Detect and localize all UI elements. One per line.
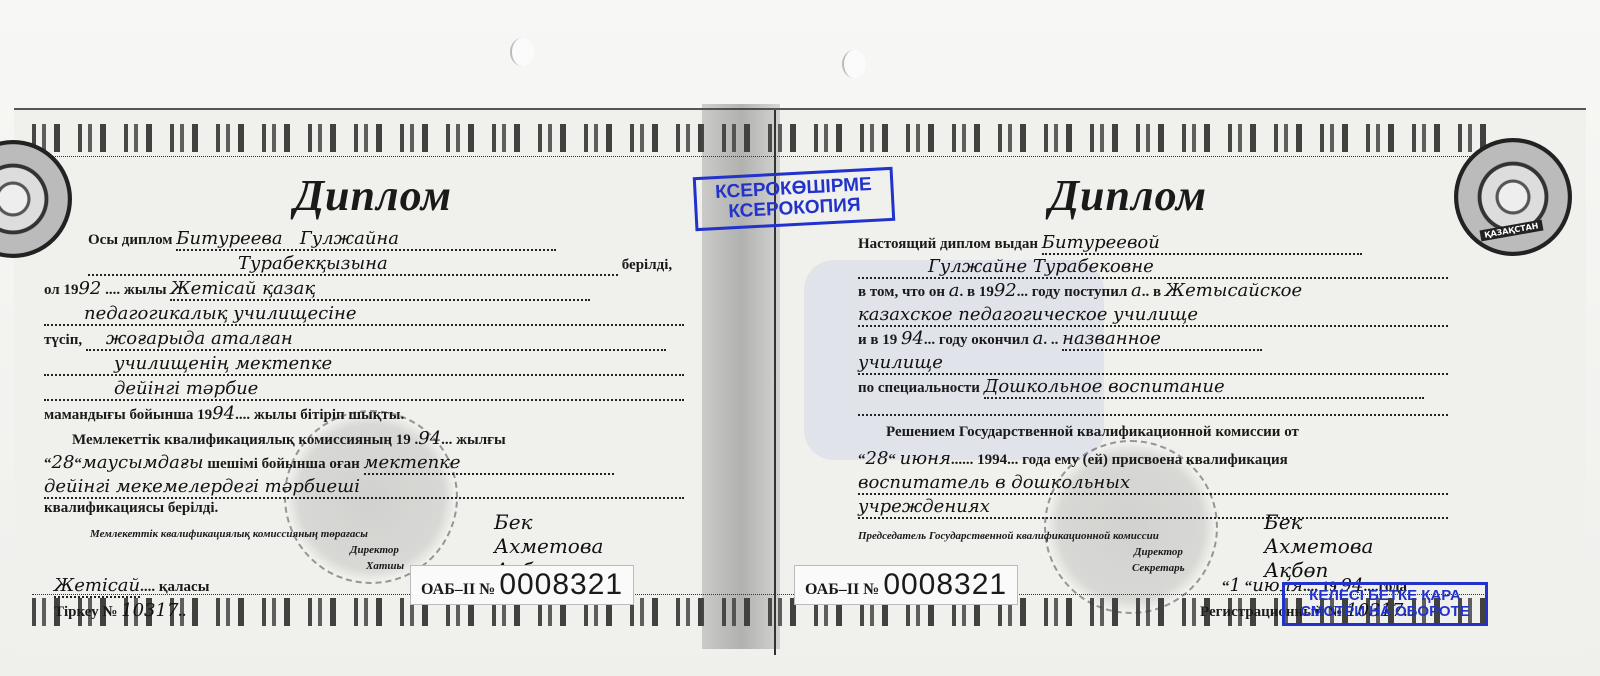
right-director-label: Директор (1134, 546, 1183, 558)
left-line-city: Жетісай.... қаласы (54, 575, 209, 598)
photocopy-stamp: КСЕРОКӨШІРМЕ КСЕРОКОПИЯ (693, 167, 896, 231)
left-line-qualification-suffix: квалификациясы берілді. (44, 500, 218, 517)
right-signatures: БекАхметоваАқбөп (1264, 510, 1373, 582)
right-serial-number: ОАБ–II № 0008321 (794, 565, 1018, 605)
left-line-spec2: дейінгі тәрбие (44, 378, 684, 401)
state-emblem-right-icon: ҚАЗАҚСТАН (1454, 138, 1572, 256)
right-secretary-label: Секретарь (1132, 562, 1185, 574)
right-title: Диплом (1049, 170, 1207, 221)
see-reverse-stamp: КЕЛЕСІ БЕТКЕ ҚАРА СМОТРИ НА ОБОРОТЕ (1282, 582, 1488, 626)
left-line-commission: Мемлекеттік квалификациялық комиссияның … (72, 428, 506, 449)
left-title: Диплом (294, 170, 452, 221)
scanned-sheet: ҚАЗАҚСТАН Диплом Осы диплом Битуреева Гу… (0, 0, 1600, 676)
right-line-decision-date: “28“ июня...... 1994... года ему (ей) пр… (858, 448, 1288, 469)
left-line-spec1: училищенің мектепке (44, 353, 684, 376)
left-line-patronymic: Турабекқызына берілді, (88, 253, 672, 276)
right-line-school: казахское педагогическое училище (858, 304, 1448, 327)
punch-hole (510, 38, 534, 66)
emblem-label: ҚАЗАҚСТАН (1480, 220, 1544, 242)
right-line-enrolled: в том, что он а. в 1992... году поступил… (858, 280, 1302, 301)
right-line-holder-name: Гулжайне Турабековне (858, 256, 1448, 279)
left-line-registration: Тіркеу № 10317.. (54, 600, 186, 621)
right-chair-label: Председатель Государственной квалификаци… (858, 530, 1159, 542)
right-line-decision: Решением Государственной квалификационно… (886, 424, 1299, 441)
left-line-graduated: мамандығы бойынша 1994.... жылы бітіріп … (44, 403, 404, 424)
right-line-specialty: по специальности Дошкольное воспитание (858, 376, 1424, 399)
right-line-qualification1: воспитатель в дошкольных (858, 472, 1448, 495)
right-line-blank (858, 400, 1448, 421)
left-secretary-label: Хатшы (366, 560, 404, 572)
left-chair-label: Мемлекеттік квалификациялық комиссияның … (90, 528, 368, 540)
punch-hole (842, 50, 866, 78)
diploma: ҚАЗАҚСТАН Диплом Осы диплом Битуреева Гу… (14, 108, 1586, 658)
left-line-holder: Осы диплом Битуреева Гулжайна (88, 228, 556, 251)
right-line-holder: Настоящий диплом выдан Битуреевой (858, 232, 1362, 255)
left-director-label: Директор (350, 544, 399, 556)
left-line-enrolled: ол 1992 .... жылы Жетісай қазақ (44, 278, 590, 301)
left-line-school: педагогикалық училищесіне (44, 303, 684, 326)
left-line-entered: түсіп, жоғарыда аталған (44, 328, 666, 351)
left-line-qualification: дейінгі мекемелердегі тәрбиеші (44, 476, 684, 499)
state-emblem-left-icon (0, 140, 72, 258)
left-serial-number: ОАБ–II № 0008321 (410, 565, 634, 605)
right-line-graduated2: училище (858, 352, 1448, 375)
left-line-decision: “28“маусымдағы шешімі бойынша оған мекте… (44, 452, 614, 475)
right-line-graduated: и в 19 94... году окончил а. .. названно… (858, 328, 1262, 351)
